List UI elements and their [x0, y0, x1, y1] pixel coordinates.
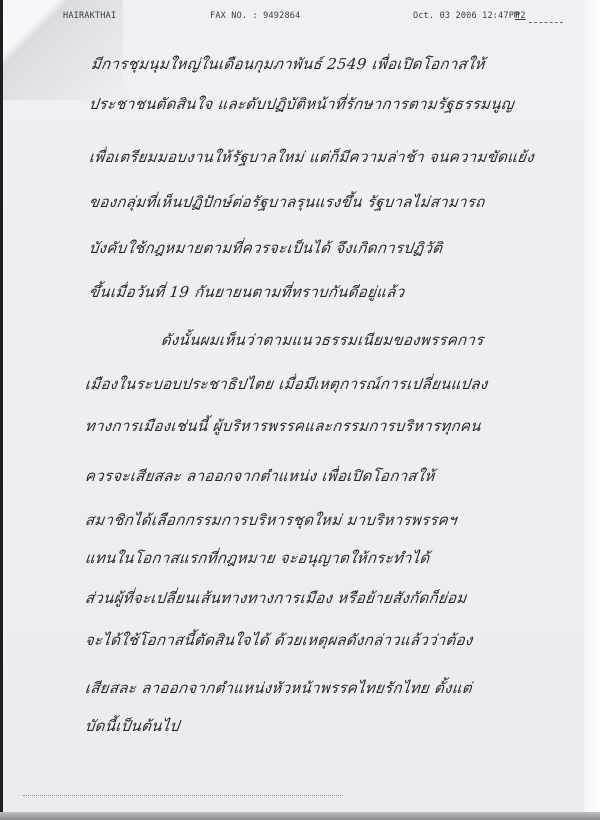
letter-line: ประชาชนตัดสินใจ และดับปฏิบัติหน้าที่รักษ…: [88, 92, 516, 116]
letter-line: แทนในโอกาสแรกที่กฎหมาย จะอนุญาตให้กระทำไ…: [84, 546, 431, 570]
scan-right-margin: [584, 0, 600, 820]
letter-line: ทางการเมืองเช่นนี้ ผู้บริหารพรรคและกรรมก…: [84, 414, 482, 438]
letter-line: สมาชิกได้เลือกกรรมการบริหารชุดใหม่ มาบริ…: [84, 508, 458, 532]
handwritten-letter: มีการชุมนุมใหญ่ในเดือนกุมภาพันธ์ 2549 เพ…: [3, 0, 586, 812]
letter-line: เมืองในระบอบประชาธิปไตย เมื่อมีเหตุการณ์…: [84, 372, 489, 396]
letter-line: มีการชุมนุมใหญ่ในเดือนกุมภาพันธ์ 2549 เพ…: [90, 52, 486, 76]
letter-line: จะได้ใช้โอกาสนี้ตัดสินใจได้ ด้วยเหตุผลดั…: [84, 628, 474, 652]
letter-line: ของกลุ่มที่เห็นปฏิปักษ์ต่อรัฐบาลรุนแรงขึ…: [88, 190, 486, 214]
letter-line: ขึ้นเมื่อวันที่ 19 กันยายนตามที่ทราบกันด…: [88, 280, 406, 304]
letter-line: บังคับใช้กฎหมายตามที่ควรจะเป็นได้ จึงเกิ…: [88, 236, 444, 260]
scan-artifact-line: [23, 795, 343, 796]
letter-line: เพื่อเตรียมมอบงานให้รัฐบาลใหม่ แต่ก็มีคว…: [88, 145, 536, 169]
letter-line: เสียสละ ลาออกจากตำแหน่งหัวหน้าพรรคไทยรัก…: [84, 676, 473, 700]
letter-line: บัดนี้เป็นต้นไป: [84, 714, 181, 738]
letter-line: ดังนั้นผมเห็นว่าตามแนวธรรมเนียมของพรรคกา…: [160, 328, 485, 352]
letter-line: ควรจะเสียสละ ลาออกจากตำแหน่ง เพื่อเปิดโอ…: [84, 464, 436, 488]
fax-page: HAIRAKTHAI FAX NO. : 9492864 Oct. 03 200…: [3, 0, 586, 812]
letter-line: ส่วนผู้ที่จะเปลี่ยนเส้นทางทางการเมือง หร…: [84, 586, 468, 610]
scan-bottom-edge: [0, 812, 600, 820]
